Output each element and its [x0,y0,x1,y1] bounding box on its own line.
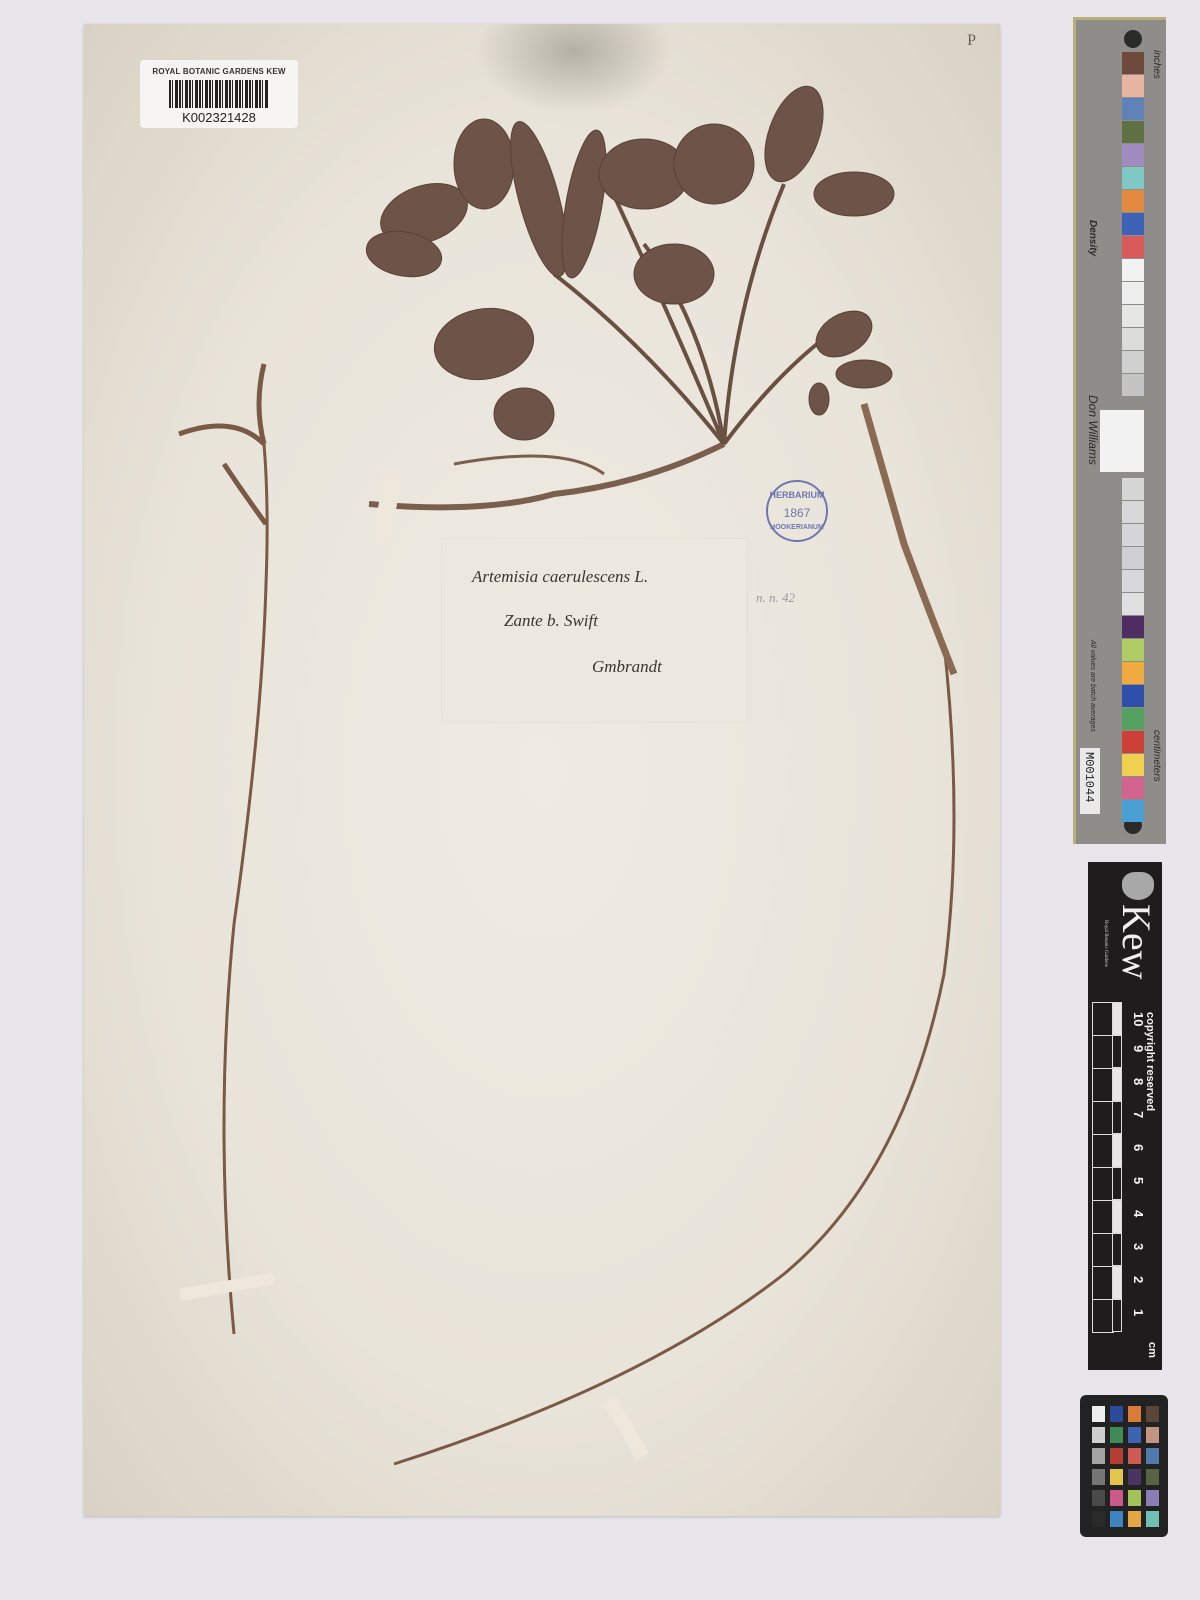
scale-block [1092,1068,1114,1102]
scale-strip [1112,1101,1122,1134]
color-swatch [1122,639,1144,661]
color-checker-card [1080,1395,1168,1537]
scale-strip [1112,1233,1122,1266]
scale-number: 7 [1131,1111,1146,1118]
scale-number: 2 [1131,1276,1146,1283]
scale-strip [1112,1134,1122,1167]
batch-note: All values are batch averages [1089,640,1096,732]
color-swatch [1122,144,1144,166]
color-chip [1128,1490,1141,1506]
color-chip [1092,1406,1105,1422]
color-swatch [1122,374,1144,396]
scale-number: 3 [1131,1243,1146,1250]
scale-number: 5 [1131,1177,1146,1184]
inches-label: inches [1151,50,1162,79]
scale-strip [1112,1200,1122,1233]
color-chip [1146,1511,1159,1527]
taxon-name: Artemisia caerulescens L. [472,567,648,587]
color-swatch [1122,616,1144,638]
color-chip [1092,1511,1105,1527]
color-swatch [1122,708,1144,730]
scale-strip [1112,1167,1122,1200]
color-chip [1146,1448,1159,1464]
scale-block [1092,1002,1114,1036]
ruler-hole-icon [1124,30,1142,48]
color-chip [1128,1511,1141,1527]
scale-strip [1112,1068,1122,1101]
color-chip [1110,1406,1123,1422]
scale-block [1092,1200,1114,1234]
color-swatch [1122,777,1144,799]
kew-scale-bar: Royal Botanic Gardens Kew 12345678910 co… [1088,862,1162,1370]
copyright-text: copyright reserved [1144,1012,1156,1111]
color-swatch [1122,754,1144,776]
color-swatch [1122,236,1144,258]
scale-block [1092,1167,1114,1201]
color-chip [1092,1469,1105,1485]
gray-card [1100,410,1144,472]
color-chip [1146,1469,1159,1485]
color-chip [1110,1490,1123,1506]
stamp-year: 1867 [768,506,826,520]
kew-subtitle: Royal Botanic Gardens [1103,920,1108,967]
color-swatch [1122,478,1144,500]
color-chip [1146,1490,1159,1506]
scale-block [1092,1266,1114,1300]
centimeters-label: centimeters [1151,730,1162,782]
scale-strip [1112,1002,1122,1035]
left-flowering-stem-icon [179,364,267,1334]
kew-logo: Kew [1113,904,1160,980]
color-chip [1110,1427,1123,1443]
herbarium-sheet: P ROYAL BOTANIC GARDENS KEW K002321428 [84,24,1000,1516]
stamp-bottom-text: HOOKERIANUM [768,524,826,531]
color-chip [1128,1469,1141,1485]
color-chip [1128,1406,1141,1422]
color-reference-ruler: inches centimeters Density Don Williams … [1073,17,1166,844]
color-chip [1110,1469,1123,1485]
brand-label: Don Williams [1086,395,1100,465]
color-swatch [1122,501,1144,523]
color-swatch [1122,593,1144,615]
ruler-id-text: M001044 [1082,752,1096,802]
color-chip [1128,1448,1141,1464]
scale-block [1092,1101,1114,1135]
color-swatch [1122,259,1144,281]
scale-block [1092,1134,1114,1168]
color-chip [1110,1448,1123,1464]
determination-label: Artemisia caerulescens L. Zante b. Swift… [442,539,747,722]
color-swatch [1122,662,1144,684]
color-swatch [1122,190,1144,212]
scale-strip [1112,1299,1122,1332]
scale-block [1092,1299,1114,1333]
collector: Gmbrandt [592,657,662,677]
scale-number: 1 [1131,1309,1146,1316]
kew-crest-icon [1122,872,1154,900]
color-chip [1092,1490,1105,1506]
stamp-top-text: HERBARIUM [768,490,826,500]
color-chip [1146,1406,1159,1422]
locality: Zante b. Swift [504,611,598,631]
color-chip [1092,1448,1105,1464]
scale-number: 4 [1131,1210,1146,1217]
color-swatch [1122,121,1144,143]
color-chip [1092,1427,1105,1443]
color-chip [1128,1427,1141,1443]
color-swatch [1122,570,1144,592]
color-swatch [1122,800,1144,822]
color-swatch [1122,547,1144,569]
herbarium-stamp: HERBARIUM 1867 HOOKERIANUM [766,480,828,542]
color-swatch [1122,75,1144,97]
color-swatch [1122,328,1144,350]
side-annotation: n. n. 42 [756,590,795,606]
ruler-id-label: M001044 [1080,748,1100,814]
color-swatch [1122,524,1144,546]
color-swatch [1122,351,1144,373]
scale-block [1092,1035,1114,1069]
color-swatch [1122,305,1144,327]
density-label: Density [1087,220,1098,256]
color-swatch [1122,685,1144,707]
color-swatch [1122,167,1144,189]
scale-strip [1112,1035,1122,1068]
color-swatch [1122,282,1144,304]
color-swatch [1122,52,1144,74]
scale-strip [1112,1266,1122,1299]
color-swatch [1122,213,1144,235]
color-swatch [1122,98,1144,120]
scale-number: 6 [1131,1144,1146,1151]
rosette-plant-icon [363,78,894,507]
cm-unit-label: cm [1146,1342,1158,1358]
color-chip [1110,1511,1123,1527]
plant-specimen [84,24,1000,1516]
color-swatch [1122,731,1144,753]
scale-block [1092,1233,1114,1267]
color-chip [1146,1427,1159,1443]
